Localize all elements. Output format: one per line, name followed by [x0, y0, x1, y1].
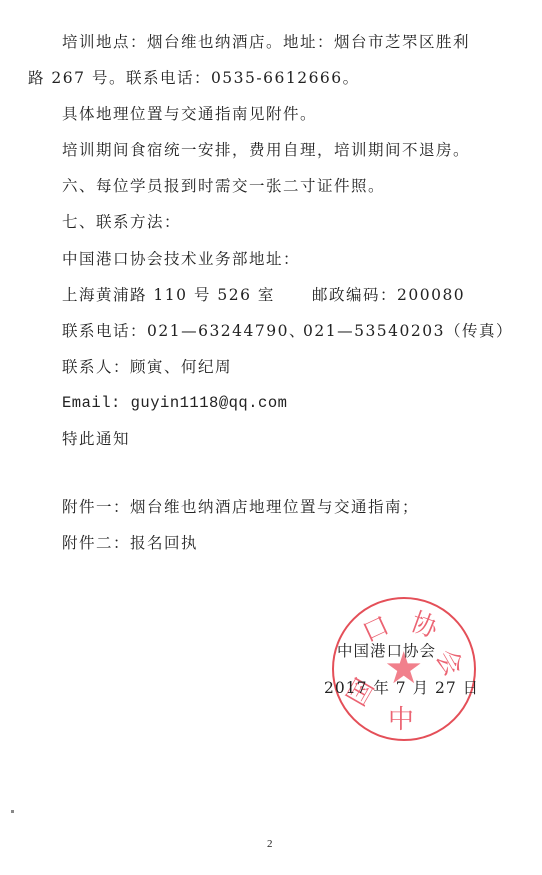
fax: 021—53540203（传真） [303, 321, 513, 341]
item-seven: 七、联系方法： [62, 212, 181, 232]
signature-date: 2017 年 7 月 27 日 [324, 676, 479, 698]
venue-line1: 培训地点：烟台维也纳酒店。地址：烟台市芝罘区胜利 [62, 32, 470, 52]
email: Email: guyin1118@qq.com [62, 393, 287, 413]
postcode: 邮政编码：200080 [312, 285, 465, 305]
notice: 特此通知 [62, 429, 130, 449]
item-six: 六、每位学员报到时需交一张二寸证件照。 [62, 176, 385, 196]
phone: 联系电话：021—63244790、 [62, 321, 306, 341]
signature-organization: 中国港口协会 [337, 639, 436, 661]
attachment-2: 附件二：报名回执 [62, 533, 198, 553]
page-number: 2 [267, 838, 273, 850]
accommodation: 培训期间食宿统一安排，费用自理，培训期间不退房。 [62, 140, 470, 160]
venue-line2: 路 267 号。联系电话：0535-6612666。 [28, 68, 360, 88]
location-guide: 具体地理位置与交通指南见附件。 [62, 104, 317, 124]
seal-char: 中 [388, 699, 414, 736]
official-seal: 口 协 会 中 国 ★ [332, 597, 476, 741]
contacts: 联系人：顾寅、何纪周 [62, 357, 232, 377]
address: 上海黄浦路 110 号 526 室 [62, 285, 275, 305]
attachment-1: 附件一：烟台维也纳酒店地理位置与交通指南； [62, 497, 419, 517]
scan-speck [11, 810, 14, 813]
dept-address-label: 中国港口协会技术业务部地址： [62, 249, 300, 269]
